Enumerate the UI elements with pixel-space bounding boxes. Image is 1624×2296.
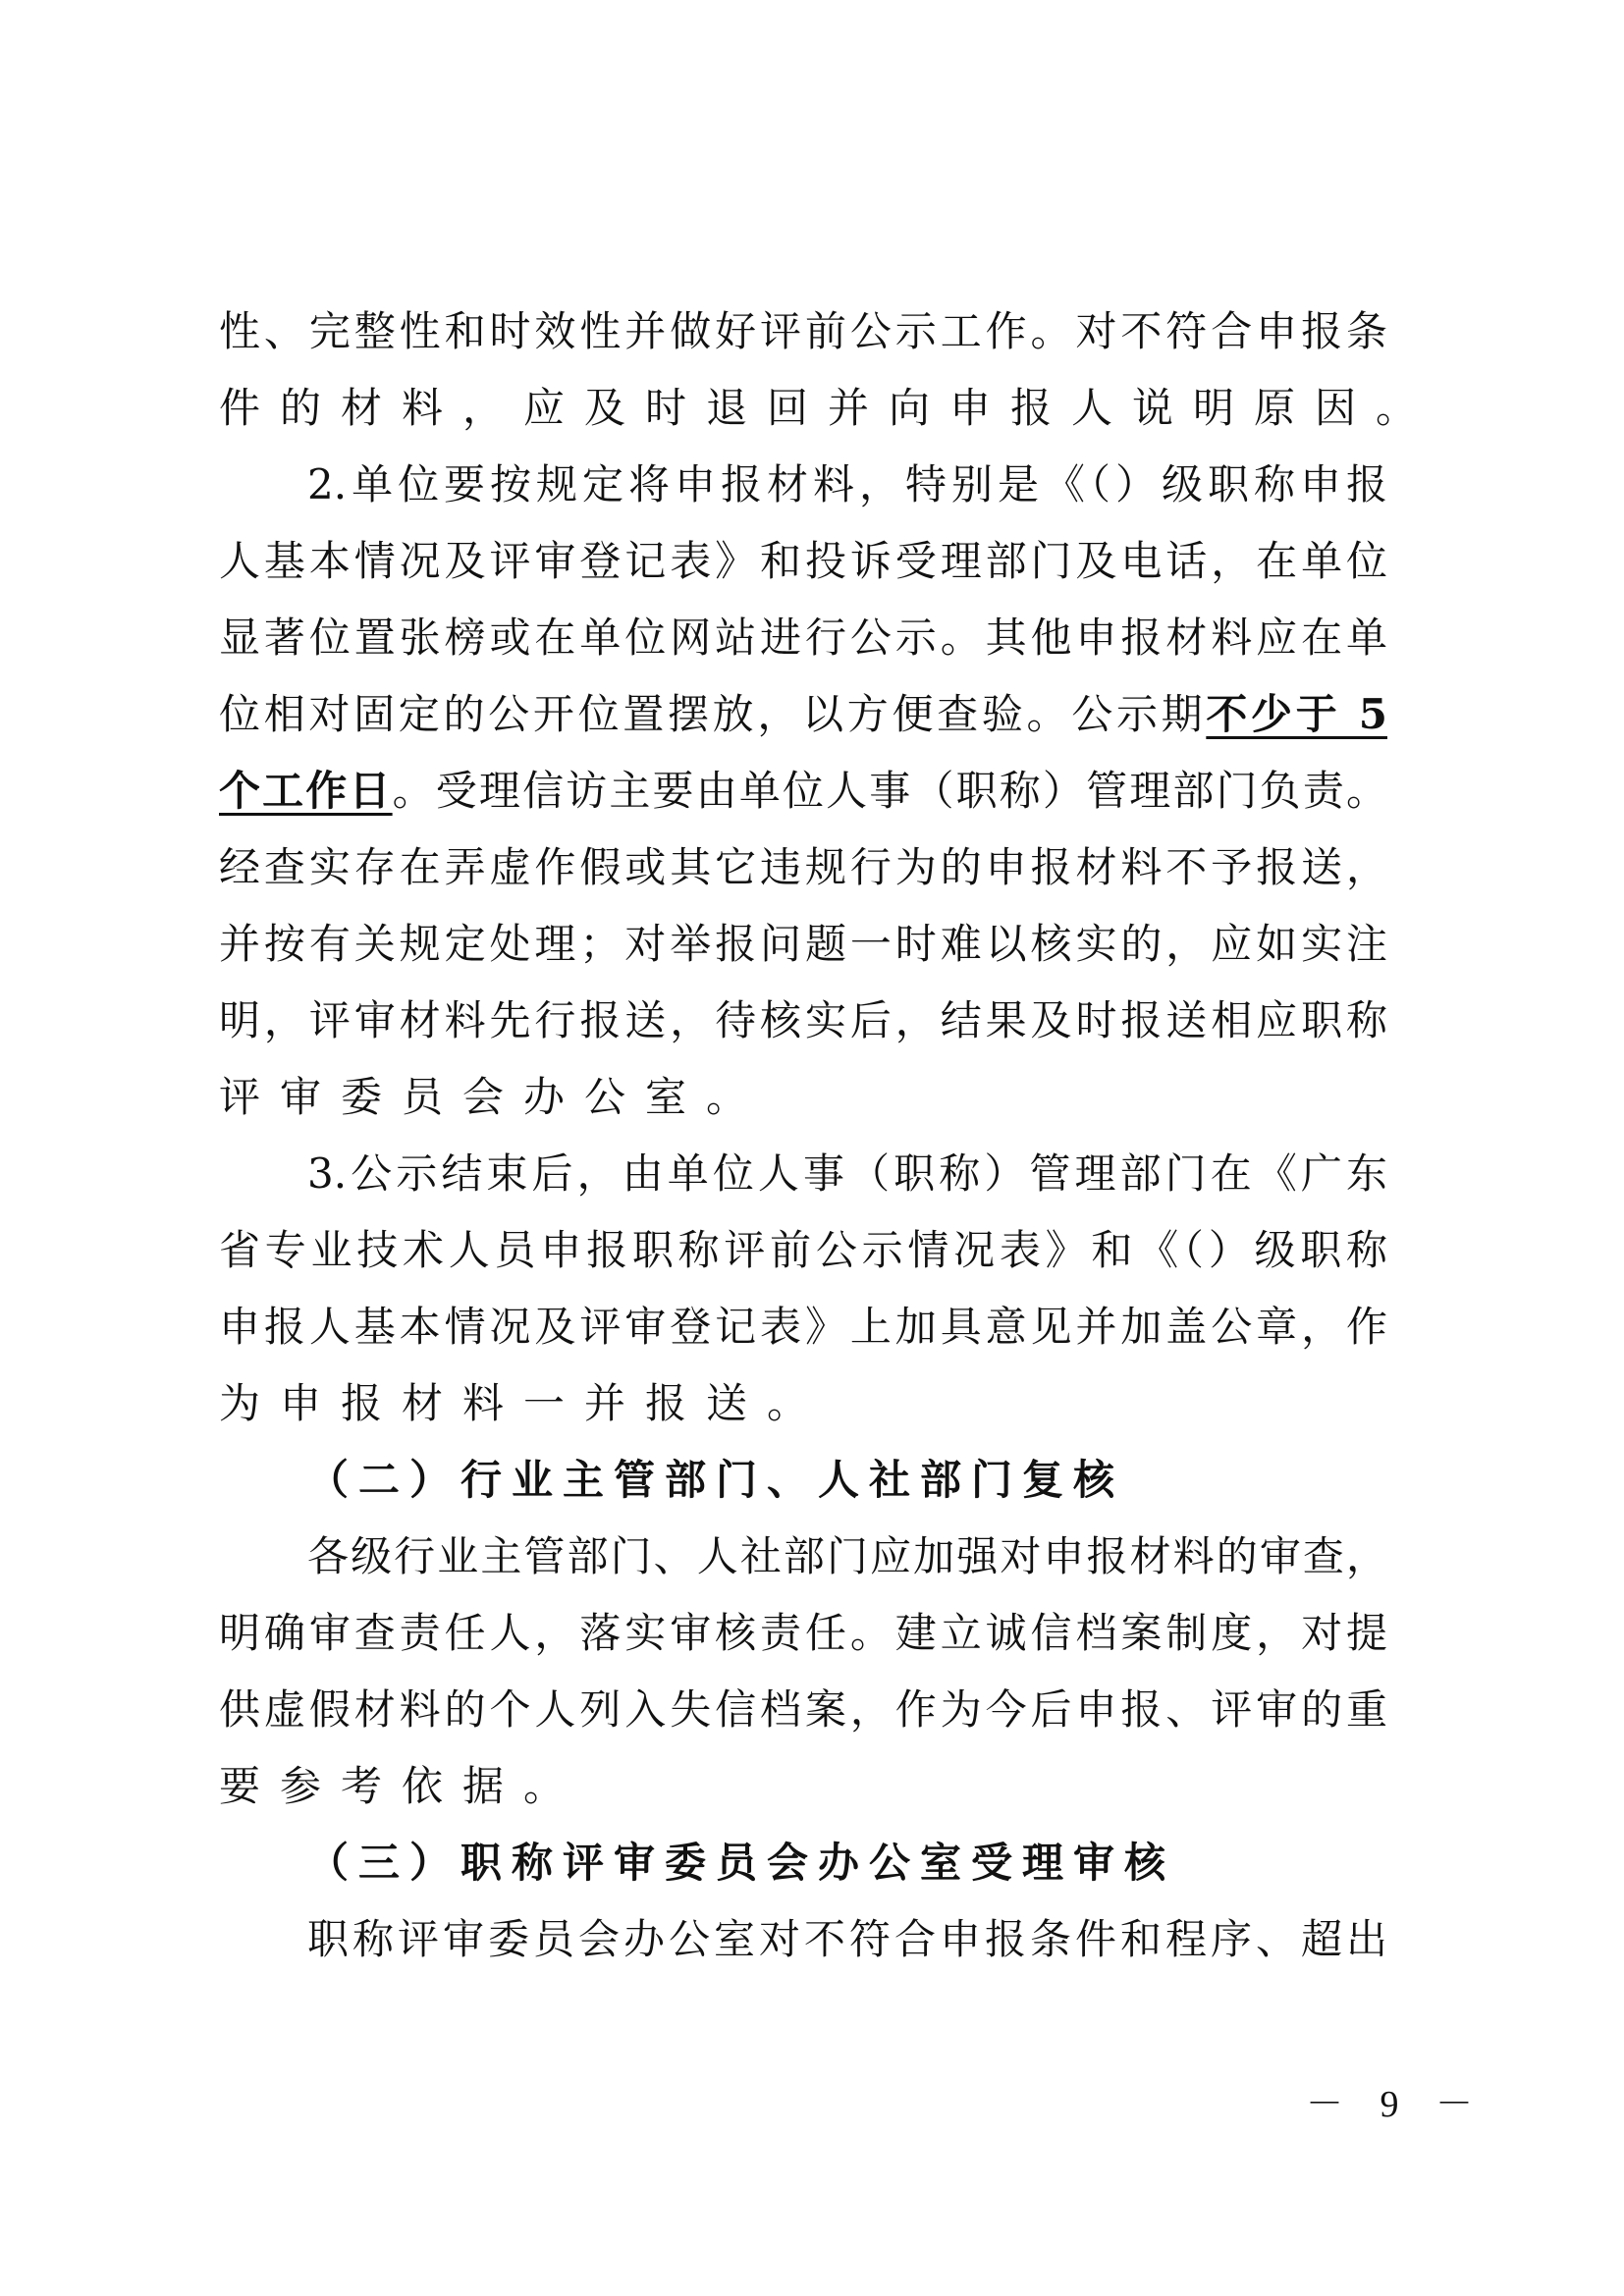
paragraph-line: 明，评审材料先行报送，待核实后，结果及时报送相应职称: [219, 991, 1387, 1050]
page-number: － 9 －: [1306, 2073, 1487, 2127]
emphasis-underlined: 个工作日: [219, 767, 393, 815]
text-span: 位相对固定的公开位置摆放，以方便查验。公示期: [219, 690, 1206, 738]
paragraph-line: 省专业技术人员申报职称评前公示情况表》和《（）级职称: [219, 1221, 1387, 1280]
paragraph-line: 申报人基本情况及评审登记表》上加具意见并加盖公章，作: [219, 1298, 1387, 1357]
paragraph-line: 经查实存在弄虚作假或其它违规行为的申报材料不予报送，: [219, 838, 1387, 897]
section-heading: （三）职称评审委员会办公室受理审核: [307, 1834, 1175, 1893]
paragraph-line: 个工作日。受理信访主要由单位人事（职称）管理部门负责。: [219, 762, 1387, 821]
text-span: 。受理信访主要由单位人事（职称）管理部门负责。: [393, 767, 1387, 815]
paragraph-line: 明确审查责任人，落实审核责任。建立诚信档案制度，对提: [219, 1604, 1387, 1663]
paragraph-line: 2.单位要按规定将申报材料，特别是《（）级职称申报: [307, 455, 1387, 514]
paragraph-line: 职称评审委员会办公室对不符合申报条件和程序、超出: [307, 1910, 1387, 1969]
paragraph-line: 评审委员会办公室。: [219, 1068, 1387, 1127]
section-heading: （二）行业主管部门、人社部门复核: [307, 1451, 1124, 1510]
paragraph-line: 位相对固定的公开位置摆放，以方便查验。公示期不少于 5: [219, 685, 1387, 744]
paragraph-line: 人基本情况及评审登记表》和投诉受理部门及电话，在单位: [219, 532, 1387, 591]
paragraph-line: 并按有关规定处理；对举报问题一时难以核实的，应如实注: [219, 915, 1387, 974]
paragraph-line: 显著位置张榜或在单位网站进行公示。其他申报材料应在单: [219, 609, 1387, 667]
paragraph-line: 件的材料，应及时退回并向申报人说明原因。: [219, 379, 1387, 438]
paragraph-line: 各级行业主管部门、人社部门应加强对申报材料的审查，: [307, 1527, 1387, 1586]
emphasis-underlined: 不少于 5: [1206, 690, 1387, 738]
paragraph-line: 3.公示结束后，由单位人事（职称）管理部门在《广东: [307, 1145, 1387, 1203]
paragraph-line: 性、完整性和时效性并做好评前公示工作。对不符合申报条: [219, 302, 1387, 361]
paragraph-line: 要参考依据。: [219, 1757, 1387, 1816]
paragraph-line: 供虚假材料的个人列入失信档案，作为今后申报、评审的重: [219, 1681, 1387, 1739]
paragraph-line: 为申报材料一并报送。: [219, 1374, 1387, 1433]
document-page: 性、完整性和时效性并做好评前公示工作。对不符合申报条 件的材料，应及时退回并向申…: [0, 0, 1624, 2296]
